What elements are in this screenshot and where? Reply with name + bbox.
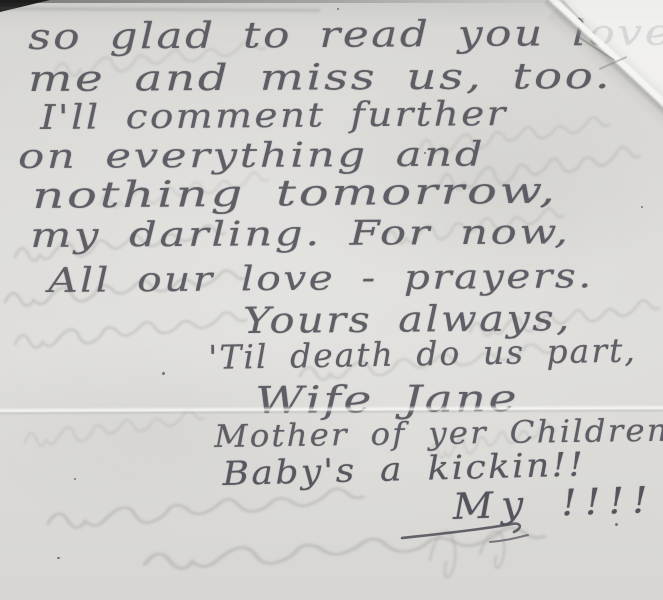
ink-speck bbox=[587, 76, 589, 78]
ink-speck bbox=[57, 557, 60, 559]
ink-speck bbox=[615, 523, 618, 526]
scan-edge-top bbox=[0, 0, 663, 3]
ink-speck bbox=[424, 152, 426, 154]
letter-page: so glad to read you love me and miss us,… bbox=[0, 0, 663, 600]
ink-speck bbox=[641, 206, 643, 208]
underline-stroke bbox=[0, 0, 663, 600]
ink-speck bbox=[74, 478, 76, 480]
ink-speck bbox=[162, 372, 165, 375]
ink-speck bbox=[337, 8, 339, 10]
